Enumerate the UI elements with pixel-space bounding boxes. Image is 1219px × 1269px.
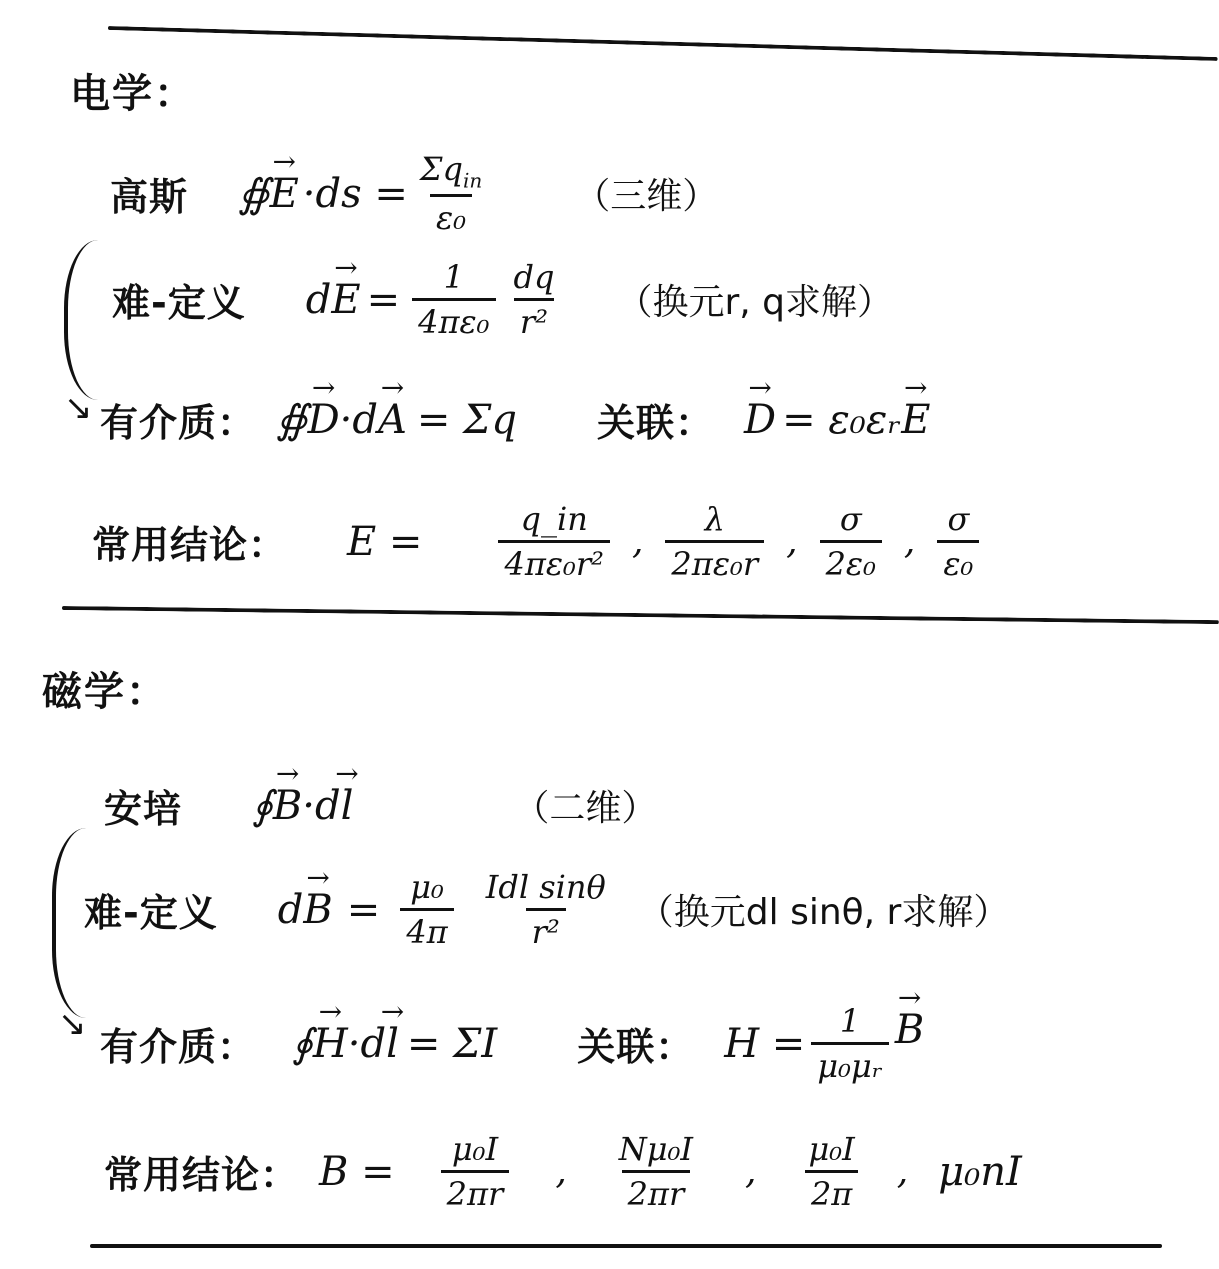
results-label: 常用结论： <box>92 514 287 569</box>
vector-a: A <box>378 397 407 443</box>
ampere-law-row: 安培 ∮ B ·d l （二维） <box>104 778 657 833</box>
equals-sign: = <box>347 887 381 933</box>
numerator: σ <box>941 500 975 540</box>
line-integral-symbol: ∮ <box>252 783 273 829</box>
result-fraction-1: μ₀I 2πr <box>441 1130 510 1213</box>
surface-integral-symbol: ∯ <box>238 171 270 217</box>
gauss-rhs-numerator: Σq <box>420 150 463 188</box>
numerator: λ <box>699 500 731 540</box>
gauss-note: （三维） <box>574 168 718 219</box>
equals-sign: = <box>367 277 401 323</box>
comma: , <box>632 521 643 562</box>
differential-d: d <box>278 887 304 933</box>
mu0-over-4pi-fraction: μ₀ 4π <box>400 868 453 951</box>
gauss-rhs-sub: in <box>463 168 482 192</box>
inverse-permeability-fraction: 1 μ₀μᵣ <box>811 1002 889 1085</box>
result-fraction-3: μ₀I 2π <box>803 1130 861 1213</box>
gauss-equation: ∯ E ·ds = Σqin ε₀ <box>238 150 494 237</box>
idl-sin-over-r2-fraction: Idl sinθ r² <box>480 868 612 951</box>
solenoid-term: μ₀nI <box>938 1149 1022 1195</box>
electric-results-row: 常用结论： E = q_in 4πε₀r² , λ 2πε₀r , σ 2ε₀ … <box>92 500 985 583</box>
denominator: 2π <box>805 1170 858 1213</box>
result-fraction-2: Nμ₀I 2πr <box>613 1130 699 1213</box>
denominator: r² <box>514 298 554 341</box>
dot-d: ·d <box>340 397 378 443</box>
vector-b: B <box>895 1007 924 1053</box>
middle-divider-line <box>62 606 1219 624</box>
denominator: r² <box>526 908 566 951</box>
gauss-law-row: 高斯 ∯ E ·ds = Σqin ε₀ （三维） <box>110 150 718 237</box>
gauss-rhs-fraction: Σqin ε₀ <box>414 150 488 237</box>
denominator: 4π <box>400 908 453 951</box>
dq-over-r2-fraction: dq r² <box>508 258 561 341</box>
relation-label: 关联： <box>577 1016 694 1071</box>
vector-e: E <box>901 397 930 443</box>
coulomb-equation: d E = 1 4πε₀ dq r² <box>306 258 567 341</box>
vector-d: D <box>308 397 340 443</box>
numerator: q_in <box>515 500 594 540</box>
vector-b: B <box>303 887 332 933</box>
result-fraction-1: q_in 4πε₀r² <box>498 500 610 583</box>
vector-h: H <box>313 1021 348 1067</box>
comma: , <box>555 1151 566 1192</box>
relation-equation: D = ε₀εᵣ E <box>744 397 930 443</box>
denominator: 2πε₀r <box>665 540 764 583</box>
section-title-electricity: 电学： <box>70 62 196 119</box>
comma: , <box>897 1151 908 1192</box>
denominator: μ₀μᵣ <box>811 1042 889 1085</box>
numerator: σ <box>834 500 868 540</box>
gauss-rhs-denominator: ε₀ <box>430 194 472 237</box>
electricity-bracket <box>64 240 98 400</box>
coulomb-definition-row: 难-定义 d E = 1 4πε₀ dq r² （换元r, q求解） <box>112 258 893 341</box>
comma: , <box>904 521 915 562</box>
result-fraction-4: σ ε₀ <box>937 500 979 583</box>
biot-savart-equation: d B = μ₀ 4π Idl sinθ r² <box>278 868 618 951</box>
sum-q: = Σq <box>417 397 517 443</box>
numerator: dq <box>508 258 561 298</box>
denominator: 2πr <box>441 1170 510 1213</box>
magnetic-results-row: 常用结论： B = μ₀I 2πr , Nμ₀I 2πr , μ₀I 2π , … <box>104 1130 1022 1213</box>
denominator: 2πr <box>622 1170 691 1213</box>
numerator: Idl sinθ <box>480 868 612 908</box>
biot-savart-row: 难-定义 d B = μ₀ 4π Idl sinθ r² （换元dl sinθ,… <box>84 868 1009 951</box>
h-b-relation: H = 1 μ₀μᵣ B <box>724 1002 924 1085</box>
vector-l: l <box>341 783 354 829</box>
medium-label: 有介质： <box>100 1016 256 1071</box>
comma: , <box>786 521 797 562</box>
magnetic-medium-row: 有介质： ∮ H ·d l = ΣI 关联： H = 1 μ₀μᵣ B <box>100 1002 924 1085</box>
magnetism-bracket <box>52 828 86 1018</box>
gauss-lhs-rest: ·ds = <box>303 171 408 217</box>
arrow-down-right-icon: ↘ <box>64 388 93 428</box>
numerator: 1 <box>834 1002 866 1042</box>
ampere-note: （二维） <box>513 780 657 831</box>
coulomb-constant-fraction: 1 4πε₀ <box>412 258 495 341</box>
line-integral-symbol: ∮ <box>292 1021 313 1067</box>
magnetic-medium-equation: ∮ H ·d l = ΣI <box>292 1021 497 1067</box>
numerator: μ₀I <box>446 1130 504 1170</box>
numerator: μ₀I <box>803 1130 861 1170</box>
e-equals: E = <box>347 519 422 565</box>
vector-l: l <box>386 1021 399 1067</box>
vector-e: E <box>331 277 360 323</box>
electric-results-equation: E = q_in 4πε₀r² , λ 2πε₀r , σ 2ε₀ , σ ε₀ <box>347 500 985 583</box>
vector-e: E <box>270 171 299 217</box>
relation-label: 关联： <box>597 392 714 447</box>
top-divider-line <box>108 26 1218 61</box>
results-label: 常用结论： <box>104 1144 299 1199</box>
medium-label: 有介质： <box>100 392 256 447</box>
comma: , <box>745 1151 756 1192</box>
surface-integral-symbol: ∯ <box>276 397 308 443</box>
result-fraction-2: λ 2πε₀r <box>665 500 764 583</box>
ampere-equation: ∮ B ·d l <box>252 783 353 829</box>
gauss-label: 高斯 <box>110 166 188 221</box>
definition-note: （换元r, q求解） <box>616 274 893 325</box>
bottom-divider-line <box>90 1244 1162 1248</box>
vector-b: B <box>273 783 302 829</box>
arrow-down-right-icon: ↘ <box>58 1004 87 1044</box>
dielectric-gauss-equation: ∯ D ·d A = Σq <box>276 397 517 443</box>
denominator: 4πε₀ <box>412 298 495 341</box>
result-fraction-3: σ 2ε₀ <box>820 500 882 583</box>
dielectric-gauss-row: 有介质： ∯ D ·d A = Σq 关联： D = ε₀εᵣ E <box>100 392 930 447</box>
h-equals: H = <box>724 1021 805 1067</box>
denominator: 2ε₀ <box>820 540 882 583</box>
numerator: Nμ₀I <box>613 1130 699 1170</box>
denominator: ε₀ <box>937 540 979 583</box>
permittivity-product: = ε₀εᵣ <box>782 397 901 443</box>
denominator: 4πε₀r² <box>498 540 610 583</box>
definition-label: 难-定义 <box>84 882 218 937</box>
numerator: μ₀ <box>404 868 450 908</box>
section-title-magnetism: 磁学： <box>42 660 168 717</box>
vector-d: D <box>744 397 776 443</box>
differential-d: d <box>306 277 332 323</box>
magnetic-results-equation: B = μ₀I 2πr , Nμ₀I 2πr , μ₀I 2π , μ₀nI <box>319 1130 1022 1213</box>
sum-i: = ΣI <box>407 1021 497 1067</box>
b-equals: B = <box>319 1149 395 1195</box>
numerator: 1 <box>438 258 470 298</box>
definition-note: （换元dl sinθ, r求解） <box>638 884 1010 935</box>
definition-label: 难-定义 <box>112 272 246 327</box>
ampere-label: 安培 <box>104 778 182 833</box>
